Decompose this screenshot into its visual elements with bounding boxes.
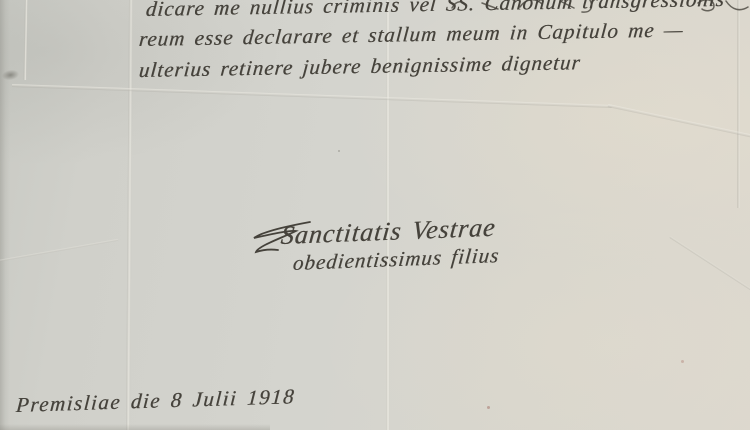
paper-speck: [681, 360, 684, 363]
document-photo: dicare me nullius criminis vel SS. Canon…: [0, 0, 750, 430]
paper-speck: [338, 150, 340, 152]
paper-speck: [487, 406, 490, 409]
